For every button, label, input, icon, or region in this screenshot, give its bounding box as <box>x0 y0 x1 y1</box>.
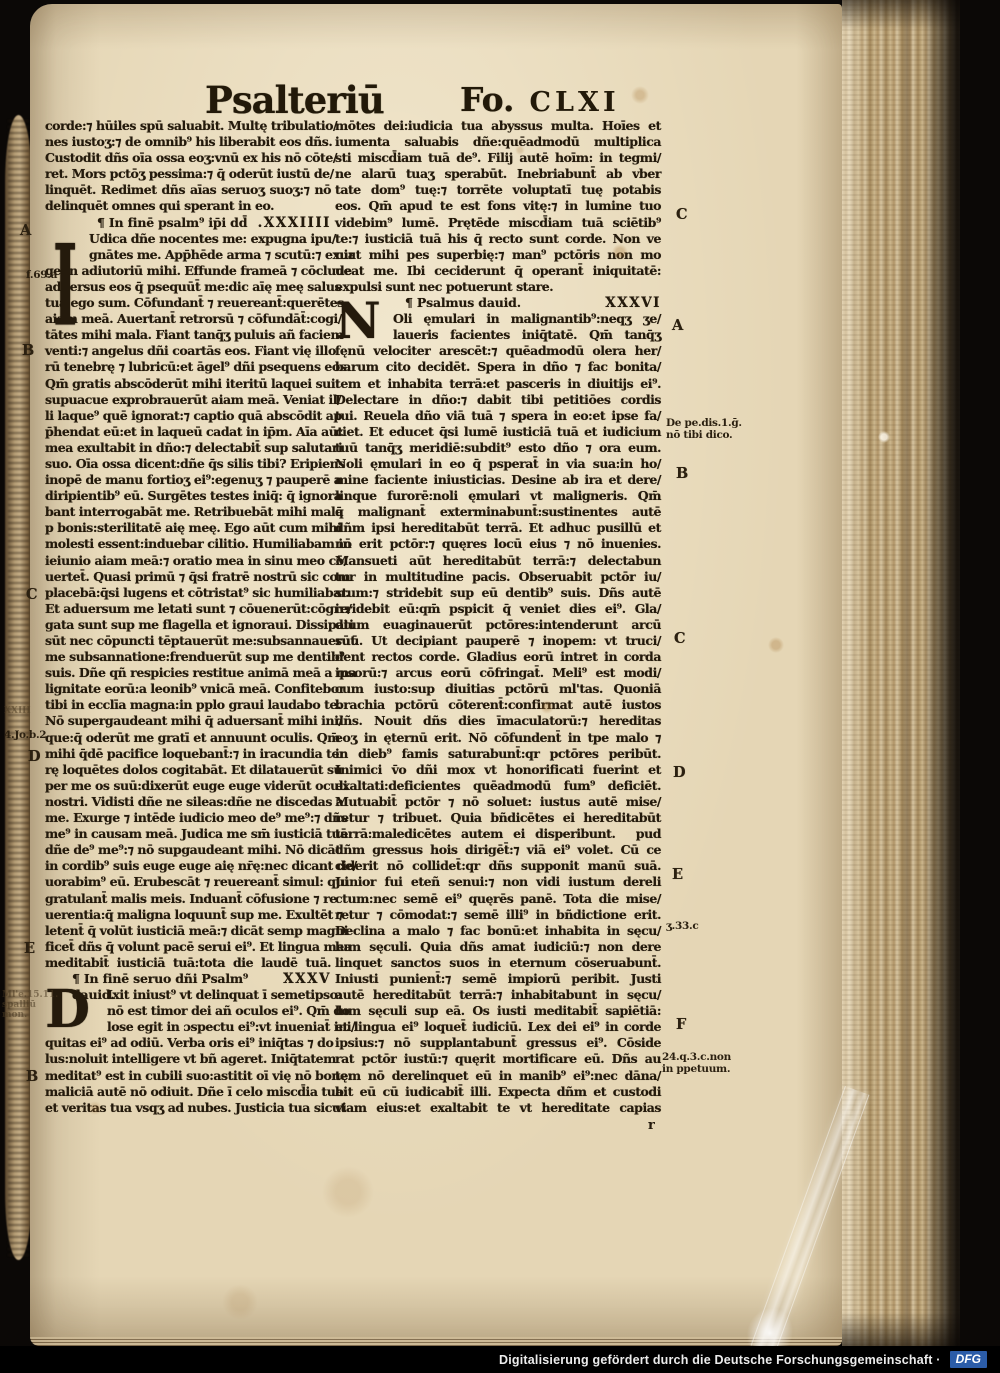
text-line: delinquēt omnes qui sperant in eo. <box>45 198 331 214</box>
text-line: ipsius:⁊ nō supplantabunt̄ gressus ei⁹. … <box>335 1035 661 1051</box>
margin-note: ʒ.33.c <box>666 921 698 933</box>
text-line: barum cito decidēt. Spera in dño ⁊ fac b… <box>335 359 661 375</box>
psalm-text-block: NOli ęmulari in malignantib⁹:neqʒ ʒe/lau… <box>335 311 661 1116</box>
text-line: ieiunio aiam meā:⁊ oratio mea in sinu me… <box>45 553 331 569</box>
text-line: tua ego sum. Cōfundant̄ ⁊ reuereant̄:que… <box>45 295 331 311</box>
psalm-number: XXXVI <box>605 295 661 311</box>
margin-note: De pe.dis.1.ḡ.nō tibi dico. <box>666 418 742 441</box>
margin-letter: E <box>24 940 35 957</box>
text-column-right: mōtes dei:iudicia tua abyssus multa. Hoī… <box>335 118 661 1116</box>
text-line: in cordib⁹ suis euge euge aię nr̄ę:nec d… <box>45 858 331 874</box>
drop-cap-initial: I <box>53 232 77 344</box>
text-line: tui. Reuela dño viā tuā ⁊ spera in eo:et… <box>335 408 661 424</box>
text-line: et lingua ei⁹ loquet̄ iudiciū. Lex dei e… <box>335 1019 661 1035</box>
text-line: mihi q̄dē pacifice loquebant̄:⁊ in iracu… <box>45 746 331 762</box>
text-line: suo. Oīa ossa dicent:dñe q̄s silis tibi?… <box>45 456 331 472</box>
text-line: autē hereditabūt terrā:⁊ inhabitabunt in… <box>335 987 661 1003</box>
text-line: rę loquētes dolos cogitabāt. Et dilataue… <box>45 762 331 778</box>
text-line: Junior fui eteñ senui:⁊ non vidi iustum … <box>335 874 661 890</box>
text-line: ipsorū:⁊ arcus eorū cōfringat̄. Meli⁹ es… <box>335 665 661 681</box>
text-column-left: corde:⁊ hūiles spū saluabit. Multę tribu… <box>45 118 331 1116</box>
margin-letter: C <box>26 586 38 603</box>
text-line: te:⁊ iusticiā tuā his q̄ recto sunt cord… <box>335 231 661 247</box>
text-line: tem et inhabita terrā:et pasceris in diu… <box>335 376 661 392</box>
text-line: fęnū velociter arescēt:⁊ quēadmodū olera… <box>335 343 661 359</box>
text-line: p̄hendat eū:et in laqueū cadat in ip̄m. … <box>45 424 331 440</box>
text-line: viam eius:et exaltabit te vt hereditate … <box>335 1100 661 1116</box>
text-line: diripientib⁹ eū. Surgētes testes iniq̄: … <box>45 488 331 504</box>
psalm-heading: ¶ In finē psalm⁹ ip̄i dd̄.XXXIIII <box>45 215 331 231</box>
text-line: lignitate eorū:a leonib⁹ vnicā meā. Conf… <box>45 681 331 697</box>
text-line: tate dom⁹ tuę:⁊ torrēte voluptatī tuę po… <box>335 182 661 198</box>
text-line: lum sęculi sup eā. Os iusti meditabit̄ s… <box>335 1003 661 1019</box>
text-line: letent̄ q̄ volūt iusticiā meā:⁊ dicāt se… <box>45 923 331 939</box>
text-line: rat pctōr iustū:⁊ quęrit mortificare eū.… <box>335 1051 661 1067</box>
text-line: in dieb⁹ famis saturabunt̄:qr pctōres pe… <box>335 746 661 762</box>
margin-letter: B <box>676 465 688 482</box>
text-line: corde:⁊ hūiles spū saluabit. Multę tribu… <box>45 118 331 134</box>
margin-letter: C <box>676 206 688 223</box>
text-line: iumenta saluabis dñe:quēadmodū multiplic… <box>335 134 661 150</box>
psalm-number: XXXV <box>283 971 331 987</box>
text-line: lum sęculi. Quia dñs amat iudiciū:⁊ non … <box>335 939 661 955</box>
text-line: tuū tanq̄ʒ meridiē:subdit⁹ esto dño ⁊ or… <box>335 440 661 456</box>
text-line: dñm gressus hois dirigēt̄:⁊ viā ei⁹ vole… <box>335 842 661 858</box>
text-line: li laque⁹ quē ignorat:⁊ captio quā abscō… <box>45 408 331 424</box>
text-line: q̄ malignant̄ exterminabunt̄:sustinentes… <box>335 504 661 520</box>
folio-label: Fo. <box>460 80 515 119</box>
text-line: dñm ipsi hereditabūt terrā. Et adhuc pus… <box>335 520 661 536</box>
text-line: ciderit nō collidet̄:qr dñs supponit man… <box>335 858 661 874</box>
text-line: placebā:q̄si lugens et cōtristat⁹ sic hu… <box>45 585 331 601</box>
text-line: uorabim⁹ eū. Erubescāt ⁊ reuereant̄ simu… <box>45 874 331 890</box>
text-line: gratulant̄ malis meis. Induant̄ cōfusion… <box>45 891 331 907</box>
margin-letter: A <box>20 222 31 239</box>
text-line: niat mihi pes superbię:⁊ man⁹ pctōris no… <box>335 247 661 263</box>
text-line: tibi in ecclīa magna:in pplo graui lauda… <box>45 697 331 713</box>
margin-letter: B <box>22 342 34 359</box>
text-line: nō erit pctōr:⁊ quęres locū eius ⁊ nō in… <box>335 536 661 552</box>
text-line: gata sunt sup me flagella et ignoraui. D… <box>45 617 331 633</box>
text-line: lus:noluit intelligere vt bñ ageret. Ini… <box>45 1051 331 1067</box>
text-line: ueat me. Ibi ceciderunt q̄ operant̄ iniq… <box>335 263 661 279</box>
text-line: Declina a malo ⁊ fac bonū:et inhabita in… <box>335 923 661 939</box>
text-line: bant interrogabāt me. Retribuebāt mihi m… <box>45 504 331 520</box>
text-line: suū. Ut decipiant pauperē ⁊ inopem: vt t… <box>335 633 661 649</box>
psalm-text-block: mōtes dei:iudicia tua abyssus multa. Hoī… <box>335 118 661 295</box>
text-line: brachia pctōrū cōterent̄:confirmat autē … <box>335 697 661 713</box>
book-fore-edge <box>842 0 960 1346</box>
text-line: molesti essent:induebar cilitio. Humilia… <box>45 536 331 552</box>
text-line: Mutuabit̄ pctōr ⁊ nō soluet: iustus autē… <box>335 794 661 810</box>
text-line: Delectare in dño:⁊ dabit tibi petitiōes … <box>335 392 661 408</box>
text-line: dñs. Nouit dñs dies īmaculatorū:⁊ heredi… <box>335 713 661 729</box>
text-line: eoʒ in ęternū erit. Nō cōfundent̄ in tpe… <box>335 730 661 746</box>
margin-note: Ml'e.15.11.spalliūmon. <box>2 990 58 1020</box>
text-line: cum iusto:sup diuitias pctōrū ml'tas. Qu… <box>335 681 661 697</box>
text-line: stum:⁊ stridebit sup eū dentib⁹ suis. Dñ… <box>335 585 661 601</box>
margin-note: XXIII <box>4 706 31 716</box>
text-line: et veritas tua vsqʒ ad nubes. Justicia t… <box>45 1100 331 1116</box>
previous-page-edge <box>5 115 32 1260</box>
margin-letter: F <box>676 1016 686 1033</box>
text-line: supuacue exprobrauerūt aiam meā. Veniat … <box>45 392 331 408</box>
text-line: nostri. Vidisti dñe ne sileas:dñe ne dis… <box>45 794 331 810</box>
text-line: uertet̄. Quasi primū ⁊ q̄si fratrē nostr… <box>45 569 331 585</box>
text-line: Custodit dñs oīa ossa eoʒ:vnū ex his nō … <box>45 150 331 166</box>
text-line: Udica dñe nocentes me: expugna ipu/ <box>45 231 331 247</box>
text-line: dñe de⁹ me⁹:⁊ nō supgaudeant mihi. Nō di… <box>45 842 331 858</box>
credit-text: Digitalisierung gefördert durch die Deut… <box>499 1353 941 1367</box>
text-line: suis. Dñe qñ respicies restitue animā me… <box>45 665 331 681</box>
text-line: me. Exurge ⁊ intēde iudicio meo de⁹ me⁹:… <box>45 810 331 826</box>
digitized-book-photo: Psalteriū Fo. CLXI corde:⁊ hūiles spū sa… <box>0 0 1000 1373</box>
text-line: linquēt. Redimet dñs aīas seruoʒ suoʒ:⁊ … <box>45 182 331 198</box>
text-line: meditat⁹ est in cubili suo:astitit oī vi… <box>45 1068 331 1084</box>
text-line: videbim⁹ lumē. Prętēde miscd̄iam tuā sci… <box>335 215 661 231</box>
margin-note: f.69.a <box>26 270 57 282</box>
margin-letter: D <box>28 748 41 765</box>
text-line: ret. Mors pctōʒ pessima:⁊ q̄ oderūt iust… <box>45 166 331 182</box>
text-line: eos. Qm̄ apud te est fons vitę:⁊ in lumi… <box>335 198 661 214</box>
text-line: linque furorē:noli ęmulari vt maligneris… <box>335 488 661 504</box>
text-line: ge in adiutoriū mihi. Effunde frameā ⁊ c… <box>45 263 331 279</box>
text-line: exaltati:deficientes quēadmodū fum⁹ defi… <box>335 778 661 794</box>
margin-letter: A <box>672 317 683 334</box>
text-line: meditabit̄ iusticiā tuā:tota die laudē t… <box>45 955 331 971</box>
text-line: laueris facientes iniq̄tatē. Qm̄ tanq̄ʒ <box>335 327 661 343</box>
folio-number: CLXI <box>530 87 620 118</box>
text-line: aiam meā. Auertant̄ retrorsū ⁊ cōfundāt̄… <box>45 311 331 327</box>
text-line: ficet̄ dñs q̄ volunt pacē serui ei⁹. Et … <box>45 939 331 955</box>
text-line: que:q̄ oderūt me gratī et annuunt oculis… <box>45 730 331 746</box>
text-line: p bonis:sterilitatē aię meę. Ego aūt cum… <box>45 520 331 536</box>
text-line: dium euaginauerūt pctōres:intenderunt ar… <box>335 617 661 633</box>
text-line: ne alarū tuaʒ sperabūt. Inebriabunt̄ ab … <box>335 166 661 182</box>
folio-header: Fo. CLXI <box>460 80 620 119</box>
text-line: mea exultabit in dño:⁊ delectabit̄ sup s… <box>45 440 331 456</box>
catchword: r <box>648 1118 655 1133</box>
text-line: venti:⁊ angelus dñi coartās eos. Fiant v… <box>45 343 331 359</box>
psalm-text-block: corde:⁊ hūiles spū saluabit. Multę tribu… <box>45 118 331 215</box>
text-line: Mansueti aūt hereditabūt terrā:⁊ delecta… <box>335 553 661 569</box>
drop-cap-initial: N <box>335 296 381 346</box>
margin-note: 24.q.3.c.nonin ppetuum. <box>662 1052 731 1075</box>
text-line: tātes mihi mala. Fiant tanq̄ʒ puluis añ … <box>45 327 331 343</box>
text-line: maliciā autē nō odiuit. Dñe ī celo miscd… <box>45 1084 331 1100</box>
text-line: retur ⁊ tribuet. Quia bñdicētes ei hered… <box>335 810 661 826</box>
psalm-number: .XXXIIII <box>258 215 331 231</box>
text-line: me subsannatione:frenduerūt sup me denti… <box>45 649 331 665</box>
margin-letter: B <box>26 1068 38 1085</box>
text-line: ctum:nec semē ei⁹ quęrēs panē. Tota die … <box>335 891 661 907</box>
text-line: aduersus eos q̄ psequūt̄ me:dic aīę meę … <box>45 279 331 295</box>
margin-letter: D <box>673 764 686 781</box>
text-line: bit eū cū iudicabit̄ illi. Expecta dñm e… <box>335 1084 661 1100</box>
text-line: gnātes me. App̄hēde arma ⁊ scutū:⁊ exur <box>45 247 331 263</box>
margin-note: 4.Jo.b.2 <box>4 730 46 742</box>
text-line: Et aduersum me letati sunt ⁊ cōuenerūt:c… <box>45 601 331 617</box>
text-line: inopē de manu fortioʒ ei⁹:egenuʒ ⁊ paupe… <box>45 472 331 488</box>
text-line: Qm̄ gratis abscōderūt mihi iteritū laque… <box>45 376 331 392</box>
text-line: mōtes dei:iudicia tua abyssus multa. Hoī… <box>335 118 661 134</box>
text-line: per me os suū:dixerūt euge euge viderūt … <box>45 778 331 794</box>
text-line: Nō supergaudeant mihi q̄ aduersant̄ mihi… <box>45 713 331 729</box>
text-line: sti miscd̄iam tuā de⁹. Filij autē hoīm: … <box>335 150 661 166</box>
text-line: uerentia:q̄ maligna loquunt̄ sup me. Exu… <box>45 907 331 923</box>
text-line: terrā:maledicētes autem ei disperibunt. … <box>335 826 661 842</box>
text-line: Iniusti punient̄:⁊ semē impiorū peribit.… <box>335 971 661 987</box>
text-line: irridebit eū:qm̄ pspicit q̄ veniet dies … <box>335 601 661 617</box>
text-line: sūt nec cōpuncti tēptauerūt me:subsannau… <box>45 633 331 649</box>
psalm-text-block: IUdica dñe nocentes me: expugna ipu/gnāt… <box>45 231 331 971</box>
text-line: mine faciente iniusticias. Desine ab ira… <box>335 472 661 488</box>
dfg-logo: DFG <box>950 1351 987 1368</box>
text-line: ciet. Et educet q̄si lumē iusticiā tuā e… <box>335 424 661 440</box>
text-line: retur ⁊ cōmodat:⁊ semē illi⁹ in bñdictio… <box>335 907 661 923</box>
text-line: linquet sanctos suos in eternum cōseruab… <box>335 955 661 971</box>
margin-letter: C <box>674 630 686 647</box>
psalm-text-block: DIxit iniust⁹ vt delinquat ī semetipso:n… <box>45 987 331 1116</box>
text-line: dent rectos corde. Gladius eorū intret i… <box>335 649 661 665</box>
text-line: rū tenebrę ⁊ lubricū:et āgel⁹ dñi pseque… <box>45 359 331 375</box>
text-line: Noli ęmulari in eo q̄ psperat̄ in via su… <box>335 456 661 472</box>
text-line: tur in multitudine pacis. Obseruabit pct… <box>335 569 661 585</box>
text-line: tem nō derelinquet eū in manib⁹ ei⁹:nec … <box>335 1068 661 1084</box>
margin-letter: E <box>672 866 683 883</box>
text-line: Inimici v̄o dñi mox vt honorificati fuer… <box>335 762 661 778</box>
page-title: Psalteriū <box>205 78 384 122</box>
text-line: Oli ęmulari in malignantib⁹:neqʒ ʒe/ <box>335 311 661 327</box>
text-line: nes iustoʒ:⁊ de omnib⁹ his liberabit eos… <box>45 134 331 150</box>
psalm-heading: ¶ Psalmus dauid.XXXVI <box>335 295 661 311</box>
text-line: expulsi sunt nec potuerunt stare. <box>335 279 661 295</box>
text-line: me⁹ in causam meā. Judica me sm̄ iustici… <box>45 826 331 842</box>
digitization-credit-bar: Digitalisierung gefördert durch die Deut… <box>0 1346 1000 1373</box>
